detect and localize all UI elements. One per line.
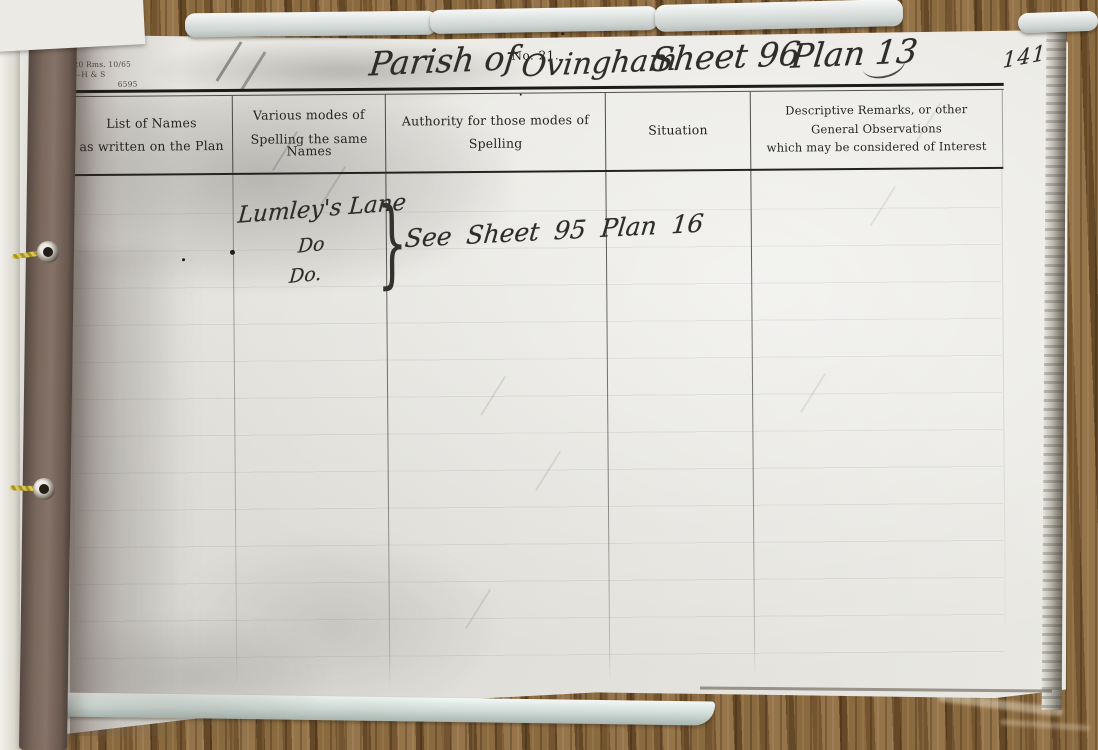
ink-speck: [561, 32, 564, 35]
header-line: List of Names: [106, 117, 197, 130]
column-header-authority: Authority for those modes of Spelling: [386, 93, 607, 172]
ink-speck: [520, 94, 522, 96]
header-line: General Observations: [811, 123, 942, 136]
header-line: Situation: [648, 124, 708, 137]
plastic-sleeve-tab: [1018, 11, 1098, 34]
header-line: Descriptive Remarks, or other: [785, 104, 967, 117]
folio-page-number: 141: [1002, 40, 1047, 73]
column-header-names: List of Names as written on the Plan: [71, 96, 234, 174]
handwritten-ditto-mark: Do: [297, 233, 325, 258]
header-line: Spelling the same Names: [233, 132, 385, 158]
ink-speck: [230, 250, 235, 255]
table-header-row: List of Names as written on the Plan Var…: [70, 90, 1004, 176]
photographed-document: 20 Rms. 10/65—H & S 6595 No. 21. Parish …: [0, 0, 1098, 750]
grommet: [37, 241, 59, 263]
form-code-line1: 20 Rms. 10/65—H & S: [73, 60, 131, 80]
ink-speck: [182, 258, 185, 261]
plastic-sleeve-tab: [430, 6, 658, 34]
page-content: 20 Rms. 10/65—H & S 6595 No. 21. Parish …: [0, 0, 1098, 750]
handwritten-sheet-number: Sheet 96: [649, 34, 802, 80]
top-left-page-corner: [0, 0, 145, 52]
plastic-sleeve-tab: [185, 11, 437, 38]
column-header-situation: Situation: [606, 92, 752, 170]
printed-form-code: 20 Rms. 10/65—H & S 6595: [73, 60, 137, 91]
header-line: which may be considered of Interest: [767, 141, 987, 154]
header-line: Authority for those modes of: [402, 114, 589, 128]
column-header-spelling-modes: Various modes of Spelling the same Names: [233, 95, 387, 173]
handwritten-parish-prefix: Parish of: [367, 38, 519, 84]
column-header-remarks: Descriptive Remarks, or other General Ob…: [751, 90, 1004, 169]
ghost-row-lines: [72, 171, 1004, 683]
header-line: Spelling: [469, 138, 523, 151]
header-line: Various modes of: [253, 109, 365, 122]
binding-strip: [19, 34, 77, 750]
header-line: as written on the Plan: [79, 140, 223, 154]
handwritten-ditto-mark: Do.: [288, 263, 322, 288]
grommet: [33, 478, 55, 500]
handwritten-brace: }: [377, 195, 408, 291]
